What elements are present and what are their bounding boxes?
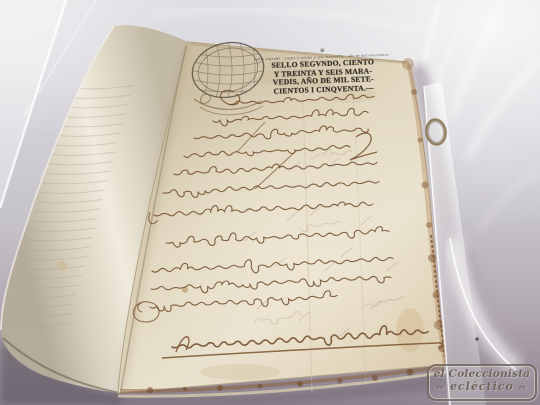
watermark-line2: ∾ ecléctico ∾ [429, 380, 535, 395]
manuscript-photo: ✠ sello segvndo · ciento y treinta y sei… [0, 0, 540, 405]
fabric-speck [475, 337, 478, 340]
flourish-icon: ∾ [437, 383, 446, 393]
watermark-badge: el Coleccionista ∾ ecléctico ∾ [427, 364, 537, 401]
flourish-icon: ∾ [519, 383, 528, 393]
stamp-text-block: ✠ sello segvndo · ciento y treinta y sei… [255, 47, 391, 97]
